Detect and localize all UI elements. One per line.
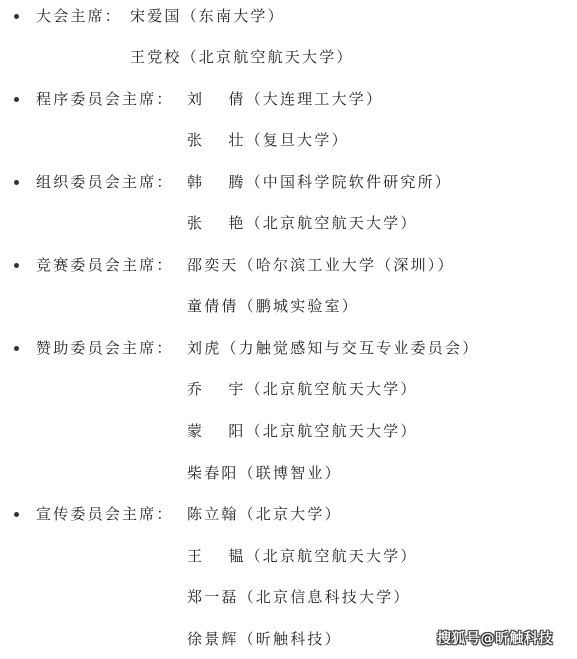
member-entry: 王党校（北京航空航天大学） xyxy=(130,45,354,69)
role-label: 竞赛委员会主席： xyxy=(36,253,174,277)
member-row: 童倩倩（鹏城实验室） xyxy=(0,294,577,318)
member-entry: 王 韫（北京航空航天大学） xyxy=(187,544,418,568)
bullet-icon xyxy=(14,263,19,268)
member-entry: 童倩倩（鹏城实验室） xyxy=(187,294,359,318)
member-entry: 徐景辉（昕触科技） xyxy=(187,627,342,651)
member-entry: 乔 宇（北京航空航天大学） xyxy=(187,377,418,401)
watermark: 搜狐号@昕触科技 xyxy=(437,628,553,648)
section-publicity-chair: 宣传委员会主席： 陈立翰（北京大学） xyxy=(0,502,577,526)
member-row: 柴春阳（联博智业） xyxy=(0,461,577,485)
section-sponsorship-chair: 赞助委员会主席： 刘虎（力触觉感知与交互专业委员会） xyxy=(0,336,577,360)
member-entry: 张 艳（北京航空航天大学） xyxy=(187,211,418,235)
role-label: 大会主席： xyxy=(36,4,122,28)
member-entry: 郑一磊（北京信息科技大学） xyxy=(187,585,411,609)
section-organizing-chair: 组织委员会主席： 韩 腾（中国科学院软件研究所） xyxy=(0,170,577,194)
member-entry: 张 壮（复旦大学） xyxy=(187,128,349,152)
bullet-icon xyxy=(14,512,19,517)
member-entry: 蒙 阳（北京航空航天大学） xyxy=(187,419,418,443)
member-row: 徐景辉（昕触科技） xyxy=(0,627,420,651)
role-label: 赞助委员会主席： xyxy=(36,336,174,360)
section-general-chair: 大会主席： 宋爱国（东南大学） xyxy=(0,4,577,28)
member-entry: 邵奕天（哈尔滨工业大学（深圳）） xyxy=(187,253,455,277)
bullet-icon xyxy=(14,346,19,351)
member-row: 王党校（北京航空航天大学） xyxy=(0,45,577,69)
role-label: 宣传委员会主席： xyxy=(36,502,174,526)
member-entry: 刘 倩（大连理工大学） xyxy=(187,87,383,111)
section-program-chair: 程序委员会主席： 刘 倩（大连理工大学） xyxy=(0,87,577,111)
member-entry: 宋爱国（东南大学） xyxy=(130,4,285,28)
section-competition-chair: 竞赛委员会主席： 邵奕天（哈尔滨工业大学（深圳）） xyxy=(0,253,577,277)
bullet-icon xyxy=(14,14,19,19)
member-row: 张 壮（复旦大学） xyxy=(0,128,577,152)
role-label: 组织委员会主席： xyxy=(36,170,174,194)
member-row: 郑一磊（北京信息科技大学） xyxy=(0,585,577,609)
member-entry: 刘虎（力触觉感知与交互专业委员会） xyxy=(187,336,479,360)
bullet-icon xyxy=(14,180,19,185)
member-row: 乔 宇（北京航空航天大学） xyxy=(0,377,577,401)
member-row: 王 韫（北京航空航天大学） xyxy=(0,544,577,568)
role-label: 程序委员会主席： xyxy=(36,87,174,111)
member-entry: 柴春阳（联博智业） xyxy=(187,461,342,485)
bullet-icon xyxy=(14,97,19,102)
member-row: 张 艳（北京航空航天大学） xyxy=(0,211,577,235)
member-entry: 陈立翰（北京大学） xyxy=(187,502,342,526)
member-row: 蒙 阳（北京航空航天大学） xyxy=(0,419,577,443)
member-entry: 韩 腾（中国科学院软件研究所） xyxy=(187,170,452,194)
